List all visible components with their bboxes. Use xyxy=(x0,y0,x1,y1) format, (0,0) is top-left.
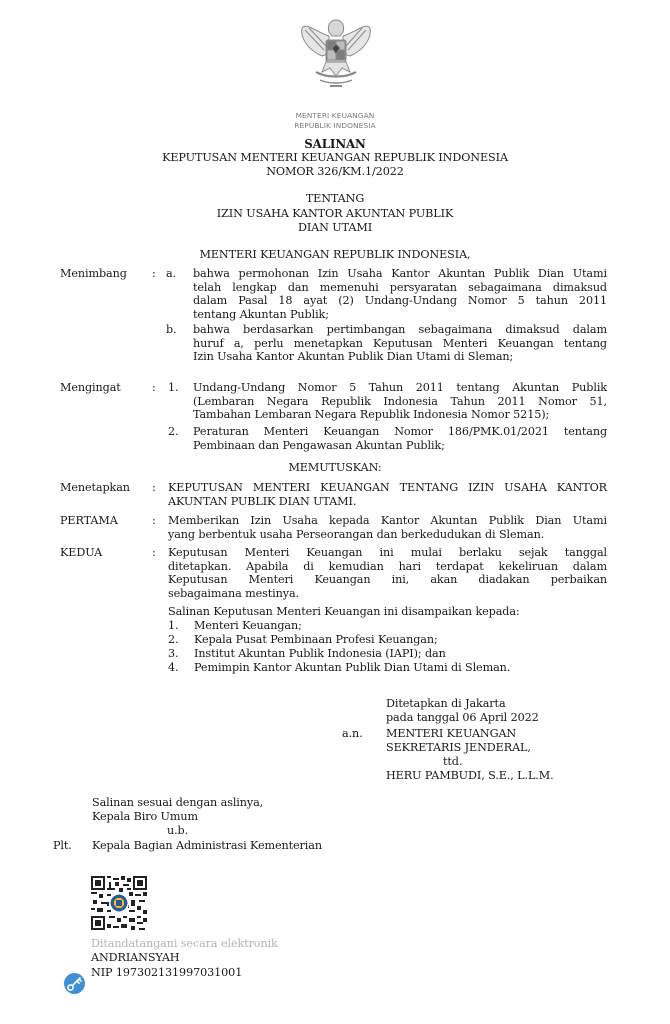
text-line: Tambahan Lembaran Negara Republik Indone… xyxy=(193,408,607,422)
text-line: Pembinaan dan Pengawasan Akuntan Publik; xyxy=(193,439,607,453)
text-line: huruf a, perlu menetapkan Keputusan Ment… xyxy=(193,337,607,351)
decision-heading: MEMUTUSKAN: xyxy=(0,461,670,475)
colon: : xyxy=(152,481,156,495)
signature-office2: SEKRETARIS JENDERAL, xyxy=(386,741,531,755)
mengingat-item-2: Peraturan Menteri Keuangan Nomor 186/PMK… xyxy=(193,425,607,452)
item-text: Institut Akuntan Publik Indonesia (IAPI)… xyxy=(194,647,446,661)
pertama-label: PERTAMA xyxy=(60,514,118,528)
signed-mark: ttd. xyxy=(443,755,462,769)
mengingat-item-1: Undang-Undang Nomor 5 Tahun 2011 tentang… xyxy=(193,381,607,422)
item-number: 2. xyxy=(168,633,178,647)
kedua-label: KEDUA xyxy=(60,546,102,560)
item-marker: a. xyxy=(166,267,176,281)
bsre-key-badge-icon xyxy=(64,973,85,994)
subject-line1: IZIN USAHA KANTOR AKUNTAN PUBLIK xyxy=(0,207,670,221)
signature-date: pada tanggal 06 April 2022 xyxy=(386,711,539,725)
certified-copy-line1: Salinan sesuai dengan aslinya, xyxy=(92,796,263,810)
item-marker: b. xyxy=(166,323,177,337)
text-line: Keputusan Menteri Keuangan ini mulai ber… xyxy=(168,546,607,560)
item-number: 1. xyxy=(168,619,178,633)
qr-code-icon xyxy=(91,876,147,930)
signature-place: Ditetapkan di Jakarta xyxy=(386,697,506,711)
text-line: Izin Usaha Kantor Akuntan Publik Dian Ut… xyxy=(193,350,607,364)
menimbang-label: Menimbang xyxy=(60,267,127,281)
item-text: Menteri Keuangan; xyxy=(194,619,302,633)
text-line: Keputusan Menteri Keuangan ini, akan dia… xyxy=(168,573,607,587)
text-line: Memberikan Izin Usaha kepada Kantor Akun… xyxy=(168,514,607,528)
garuda-emblem-icon xyxy=(296,14,376,94)
certified-copy-line2: Kepala Biro Umum xyxy=(92,810,198,824)
subject-line2: DIAN UTAMI xyxy=(0,221,670,235)
signer-name: ANDRIANSYAH xyxy=(91,951,179,965)
decree-number: NOMOR 326/KM.1/2022 xyxy=(0,165,670,179)
menetapkan-label: Menetapkan xyxy=(60,481,130,495)
pertama-text: Memberikan Izin Usaha kepada Kantor Akun… xyxy=(168,514,607,541)
text-line: ditetapkan. Apabila di kemudian hari ter… xyxy=(168,560,607,574)
text-line: KEPUTUSAN MENTERI KEUANGAN TENTANG IZIN … xyxy=(168,481,607,495)
menimbang-item-a: bahwa permohonan Izin Usaha Kantor Akunt… xyxy=(193,267,607,321)
colon: : xyxy=(152,514,156,528)
on-behalf-marker: a.n. xyxy=(342,727,363,741)
item-marker: 1. xyxy=(168,381,178,395)
colon: : xyxy=(152,381,156,395)
colon: : xyxy=(152,546,156,560)
text-line: Peraturan Menteri Keuangan Nomor 186/PMK… xyxy=(193,425,607,439)
item-number: 4. xyxy=(168,661,178,675)
about-label: TENTANG xyxy=(0,192,670,206)
text-line: tentang Akuntan Publik; xyxy=(193,308,607,322)
item-number: 3. xyxy=(168,647,178,661)
electronic-signature-note: Ditandatangani secara elektronik xyxy=(91,937,278,951)
item-marker: 2. xyxy=(168,425,178,439)
signature-office1: MENTERI KEUANGAN xyxy=(386,727,516,741)
decree-page: MENTERI KEUANGAN REPUBLIK INDONESIA SALI… xyxy=(0,0,670,1024)
ministry-caption-line1: MENTERI KEUANGAN xyxy=(235,111,435,121)
text-line: yang berbentuk usaha Perseorangan dan be… xyxy=(168,528,607,542)
distribution-heading: Salinan Keputusan Menteri Keuangan ini d… xyxy=(168,605,520,619)
item-text: Pemimpin Kantor Akuntan Publik Dian Utam… xyxy=(194,661,510,675)
plt-marker: Plt. xyxy=(53,839,72,853)
menetapkan-text: KEPUTUSAN MENTERI KEUANGAN TENTANG IZIN … xyxy=(168,481,607,508)
kedua-text: Keputusan Menteri Keuangan ini mulai ber… xyxy=(168,546,607,600)
text-line: telah lengkap dan memenuhi persyaratan s… xyxy=(193,281,607,295)
mengingat-label: Mengingat xyxy=(60,381,121,395)
text-line: sebagaimana mestinya. xyxy=(168,587,607,601)
certified-copy-ub: u.b. xyxy=(167,824,188,838)
item-text: Kepala Pusat Pembinaan Profesi Keuangan; xyxy=(194,633,438,647)
text-line: Undang-Undang Nomor 5 Tahun 2011 tentang… xyxy=(193,381,607,395)
text-line: (Lembaran Negara Republik Indonesia Tahu… xyxy=(193,395,607,409)
issuer-heading: MENTERI KEUANGAN REPUBLIK INDONESIA, xyxy=(0,248,670,262)
decree-title: KEPUTUSAN MENTERI KEUANGAN REPUBLIK INDO… xyxy=(0,151,670,165)
text-line: bahwa permohonan Izin Usaha Kantor Akunt… xyxy=(193,267,607,281)
certified-copy-line4: Kepala Bagian Administrasi Kementerian xyxy=(92,839,322,853)
ministry-caption-line2: REPUBLIK INDONESIA xyxy=(235,121,435,131)
copy-label: SALINAN xyxy=(0,138,670,152)
signer-nip: NIP 197302131997031001 xyxy=(91,966,242,980)
colon: : xyxy=(152,267,156,281)
menimbang-item-b: bahwa berdasarkan pertimbangan sebagaima… xyxy=(193,323,607,364)
text-line: dalam Pasal 18 ayat (2) Undang-Undang No… xyxy=(193,294,607,308)
text-line: bahwa berdasarkan pertimbangan sebagaima… xyxy=(193,323,607,337)
signatory-name: HERU PAMBUDI, S.E., L.L.M. xyxy=(386,769,554,783)
text-line: AKUNTAN PUBLIK DIAN UTAMI. xyxy=(168,495,607,509)
